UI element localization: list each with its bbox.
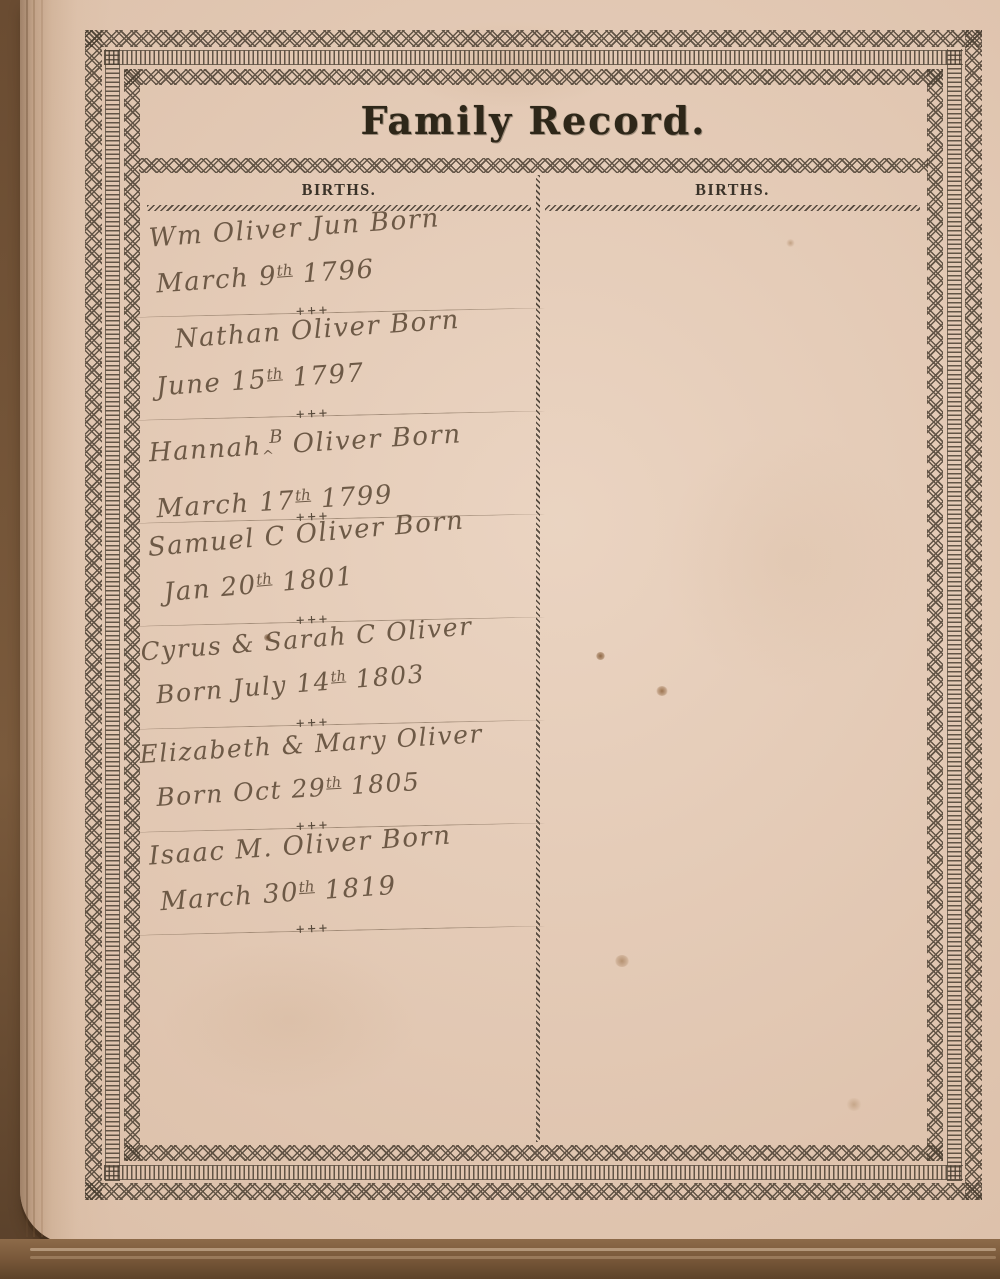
- page-title: Family Record.: [143, 98, 924, 143]
- border-diamond-band: [85, 30, 102, 1200]
- page-edge-line: [26, 0, 28, 1237]
- border-stripe-band: [947, 49, 962, 1181]
- column-header: BIRTHS.: [541, 182, 924, 201]
- border-diamond-band: [927, 69, 943, 1161]
- column-divider: [536, 175, 540, 1142]
- header-rule: [545, 205, 920, 211]
- scanned-book-page: Family Record. BIRTHS. Wm Oliver Jun Bor…: [0, 0, 1000, 1279]
- record-area: Family Record. BIRTHS. Wm Oliver Jun Bor…: [143, 88, 924, 1142]
- plus-marks: +++: [295, 920, 330, 938]
- border-diamond-band: [124, 1145, 943, 1161]
- border-diamond-band: [85, 1183, 982, 1200]
- page-edge-line: [33, 0, 35, 1237]
- page-edge-line: [30, 1256, 996, 1259]
- page-edge-line: [30, 1248, 996, 1251]
- column-left: BIRTHS. Wm Oliver Jun Born March 9th 179…: [143, 175, 535, 1142]
- record-columns: BIRTHS. Wm Oliver Jun Born March 9th 179…: [143, 175, 924, 1142]
- page-bottom-edge: [0, 1239, 1000, 1279]
- title-separator-band: [139, 158, 928, 173]
- border-stripe-band: [105, 49, 120, 1181]
- entry-separator: [129, 925, 544, 936]
- birth-entry: Isaac M. Oliver Born March 30th 1819 +++: [143, 835, 535, 938]
- page-edge-line: [41, 0, 43, 1237]
- border-stripe-band: [104, 50, 963, 65]
- birth-entries: Wm Oliver Jun Born March 9th 1796 +++ Na…: [143, 217, 535, 938]
- column-right: BIRTHS.: [541, 175, 924, 1142]
- border-diamond-band: [124, 69, 943, 85]
- decorative-border: Family Record. BIRTHS. Wm Oliver Jun Bor…: [85, 30, 982, 1200]
- border-stripe-band: [104, 1165, 963, 1180]
- border-diamond-band: [85, 30, 982, 47]
- border-diamond-band: [965, 30, 982, 1200]
